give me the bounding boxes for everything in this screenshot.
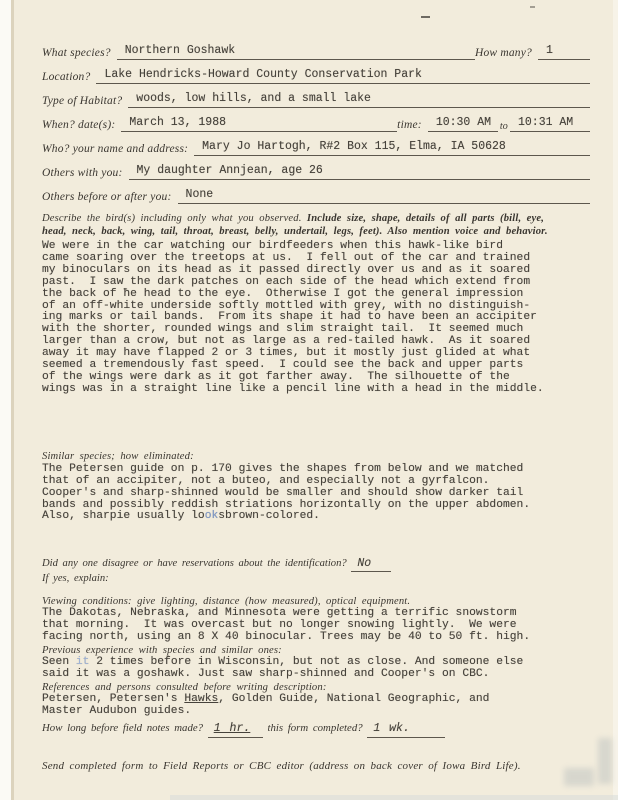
similar-body-correction: ok xyxy=(205,510,219,522)
location-label: Location? xyxy=(42,71,96,84)
location-value: Lake Hendricks-Howard County Conservatio… xyxy=(104,68,421,81)
describe-section: Describe the bird(s) including only what… xyxy=(42,212,590,396)
location-underline: Lake Hendricks-Howard County Conservatio… xyxy=(96,64,590,84)
footer-instruction: Send completed form to Field Reports or … xyxy=(42,760,590,772)
field-row-location: Location? Lake Hendricks-Howard County C… xyxy=(42,60,590,84)
who-value: Mary Jo Hartogh, R#2 Box 115, Elma, IA 5… xyxy=(202,140,506,153)
who-underline: Mary Jo Hartogh, R#2 Box 115, Elma, IA 5… xyxy=(194,136,590,156)
notes-timing-row: How long before field notes made? 1 hr. … xyxy=(42,720,590,738)
when-underline: March 13, 1988 xyxy=(121,112,397,132)
species-value: Northern Goshawk xyxy=(125,44,235,57)
references-body-pre: Petersen, Petersen's xyxy=(42,693,184,705)
species-underline: Northern Goshawk xyxy=(117,40,475,60)
previous-body-post: 2 times before in Wisconsin, but not as … xyxy=(42,656,523,680)
disagree-label: Did any one disagree or have reservation… xyxy=(42,558,347,569)
who-label: Who? your name and address: xyxy=(42,143,194,156)
others-with-underline: My daughter Annjean, age 26 xyxy=(129,160,591,180)
disagree-underline: No xyxy=(351,557,391,572)
when-label: When? date(s): xyxy=(42,119,121,132)
others-before-underline: None xyxy=(178,184,590,204)
time-to-underline: 10:31 AM xyxy=(510,112,590,132)
time-from-underline: 10:30 AM xyxy=(428,112,498,132)
habitat-value: woods, low hills, and a small lake xyxy=(136,92,371,105)
describe-prompt-regular: Describe the bird(s) including only what… xyxy=(42,213,307,224)
others-before-value: None xyxy=(186,188,214,201)
scan-right-margin xyxy=(613,0,618,800)
others-with-label: Others with you: xyxy=(42,167,129,180)
previous-body-correction: it xyxy=(76,656,90,668)
similar-species-section: Similar species; how eliminated: The Pet… xyxy=(42,450,590,524)
field-row-others-before: Others before or after you: None xyxy=(42,180,590,204)
field-row-who: Who? your name and address: Mary Jo Hart… xyxy=(42,132,590,156)
field-row-others-with: Others with you: My daughter Annjean, ag… xyxy=(42,156,590,180)
field-row-habitat: Type of Habitat? woods, low hills, and a… xyxy=(42,84,590,108)
references-book-title: Hawks xyxy=(184,693,218,705)
scan-left-margin xyxy=(0,0,11,800)
field-notes-value: 1 hr. xyxy=(214,722,251,735)
similar-body-end: sbrown-colored. xyxy=(218,510,320,522)
disagree-line: Did any one disagree or have reservation… xyxy=(42,557,590,572)
species-label: What species? xyxy=(42,47,117,60)
bleed-through-smudge xyxy=(598,738,612,784)
field-row-when: When? date(s): March 13, 1988 time: 10:3… xyxy=(42,108,590,132)
time-label: time: xyxy=(397,119,428,132)
scanned-form-page: What species? Northern Goshawk How many?… xyxy=(0,0,618,800)
references-body: Petersen, Petersen's Hawks, Golden Guide… xyxy=(42,694,590,718)
similar-species-body: The Petersen guide on p. 170 gives the s… xyxy=(42,464,590,524)
field-notes-underline: 1 hr. xyxy=(208,720,263,738)
form-completed-value: 1 wk. xyxy=(373,722,410,735)
how-many-label: How many? xyxy=(475,47,538,60)
time-from-value: 10:30 AM xyxy=(436,116,491,129)
how-many-value: 1 xyxy=(546,44,553,57)
others-with-value: My daughter Annjean, age 26 xyxy=(137,164,323,177)
others-before-label: Others before or after you: xyxy=(42,191,178,204)
habitat-label: Type of Habitat? xyxy=(42,95,128,108)
when-value: March 13, 1988 xyxy=(129,116,226,129)
disagree-value: No xyxy=(357,557,371,570)
time-to-label: to xyxy=(498,121,510,132)
habitat-underline: woods, low hills, and a small lake xyxy=(128,88,590,108)
scan-bottom-edge xyxy=(170,795,618,800)
previous-experience-body: Seen it 2 times before in Wisconsin, but… xyxy=(42,657,590,681)
describe-prompt: Describe the bird(s) including only what… xyxy=(42,212,590,238)
if-yes-explain-label: If yes, explain: xyxy=(42,572,590,586)
form-completed-underline: 1 wk. xyxy=(367,720,445,738)
references-section: References and persons consulted before … xyxy=(42,681,590,718)
viewing-conditions-section: Viewing conditions: give lighting, dista… xyxy=(42,595,590,644)
previous-body-pre: Seen xyxy=(42,656,76,668)
similar-species-prompt: Similar species; how eliminated: xyxy=(42,450,590,463)
time-to-value: 10:31 AM xyxy=(518,116,573,129)
previous-experience-section: Previous experience with species and sim… xyxy=(42,644,590,681)
form-content: What species? Northern Goshawk How many?… xyxy=(42,0,590,772)
field-notes-label: How long before field notes made? xyxy=(42,722,203,734)
viewing-conditions-body: The Dakotas, Nebraska, and Minnesota wer… xyxy=(42,608,590,644)
how-many-underline: 1 xyxy=(538,40,590,60)
page-edge-line xyxy=(11,0,14,800)
field-row-species: What species? Northern Goshawk How many?… xyxy=(42,36,590,60)
form-completed-label: this form completed? xyxy=(267,722,362,734)
describe-body: We were in the car watching our birdfeed… xyxy=(42,241,590,396)
disagree-section: Did any one disagree or have reservation… xyxy=(42,557,590,586)
